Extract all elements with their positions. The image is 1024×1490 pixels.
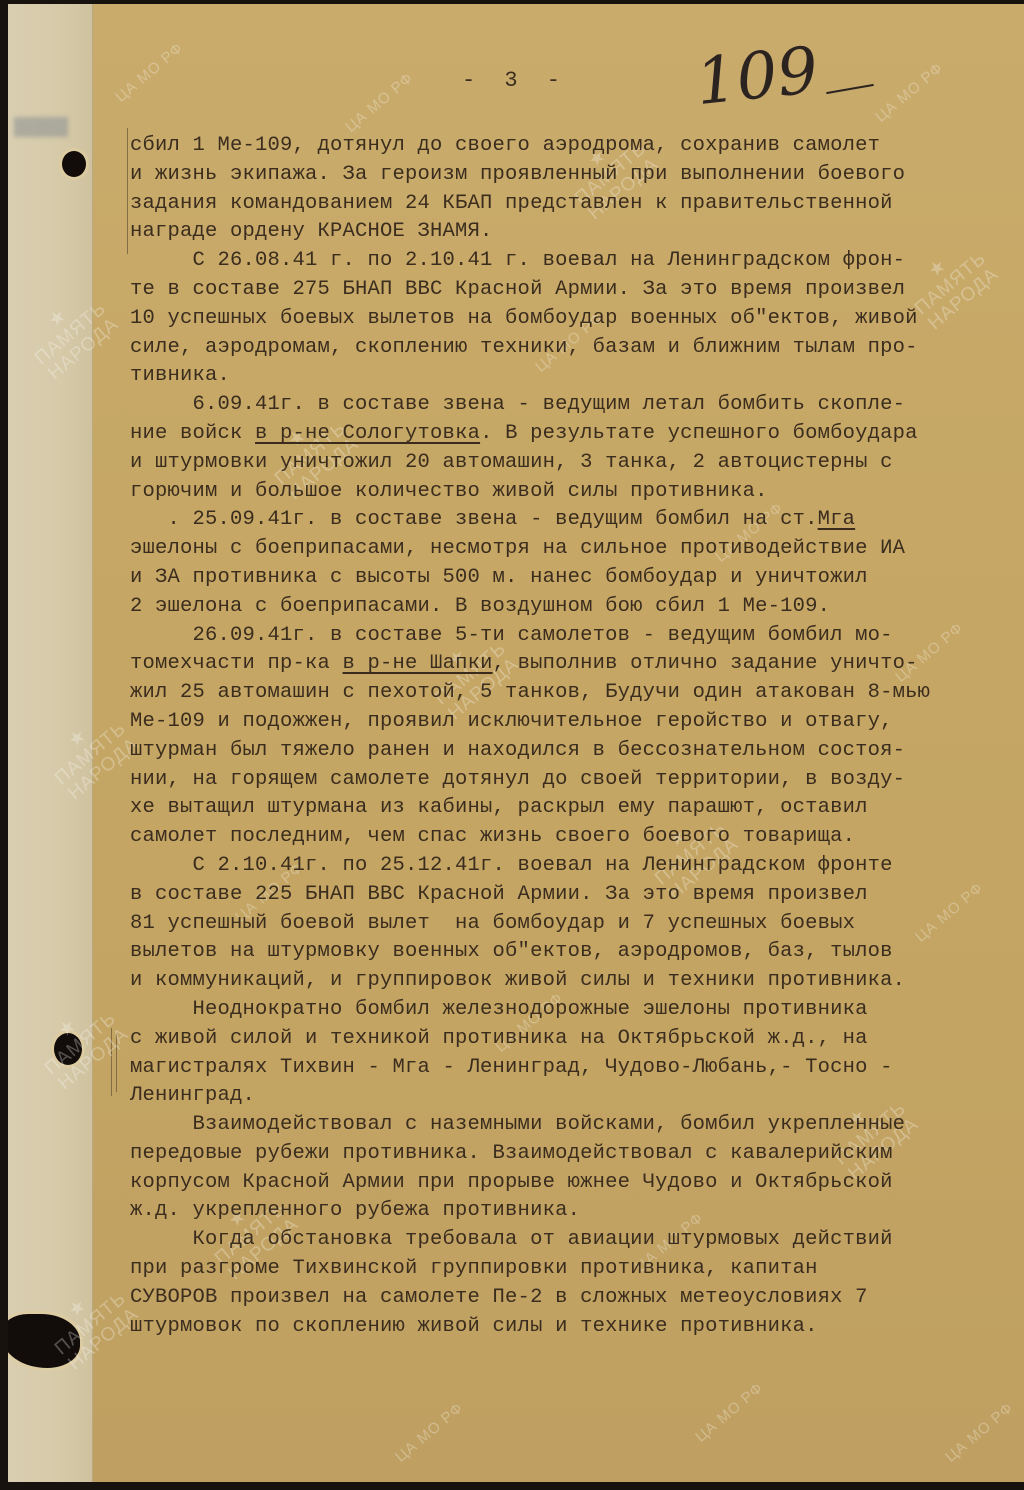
typewritten-body: сбил 1 Ме-109, дотянул до своего аэродро… <box>130 132 1010 1341</box>
text-line: с живой силой и техникой противника на О… <box>130 1025 1010 1054</box>
document-page: ЦА МО РФЦА МО РФ★ПАМЯТЬНАРОДАЦА МО РФ★ПА… <box>8 4 1024 1482</box>
text-line: Когда обстановка требовала от авиации шт… <box>130 1226 1010 1255</box>
text-line: и штурмовки уничтожил 20 автомашин, 3 та… <box>130 449 1010 478</box>
text-line: хе вытащил штурмана из кабины, раскрыл е… <box>130 794 1010 823</box>
text-line: силе, аэродромам, скоплению техники, баз… <box>130 334 1010 363</box>
text-line: 6.09.41г. в составе звена - ведущим лета… <box>130 391 1010 420</box>
paragraph-p3: 6.09.41г. в составе звена - ведущим лета… <box>130 391 1010 506</box>
text-line: Взаимодействовал с наземными войсками, б… <box>130 1111 1010 1140</box>
text-line: корпусом Красной Армии при прорыве южнее… <box>130 1169 1010 1198</box>
text-line: тивника. <box>130 362 1010 391</box>
watermark-text: ЦА МО РФ <box>342 69 416 135</box>
watermark-text: ЦА МО РФ <box>872 59 946 125</box>
text-line: при разгроме Тихвинской группировки прот… <box>130 1255 1010 1284</box>
pencil-margin-mark <box>116 1034 117 1092</box>
text-line: задания командованием 24 КБАП представле… <box>130 190 1010 219</box>
text-line: СУВОРОВ произвел на самолете Пе-2 в слож… <box>130 1284 1010 1313</box>
text-line: и жизнь экипажа. За героизм проявленный … <box>130 161 1010 190</box>
paragraph-p9: Когда обстановка требовала от авиации шт… <box>130 1226 1010 1341</box>
text-line: С 26.08.41 г. по 2.10.41 г. воевал на Ле… <box>130 247 1010 276</box>
text-line: сбил 1 Ме-109, дотянул до своего аэродро… <box>130 132 1010 161</box>
text-line: те в составе 275 БНАП ВВС Красной Армии.… <box>130 276 1010 305</box>
paragraph-p5: 26.09.41г. в составе 5-ти самолетов - ве… <box>130 622 1010 852</box>
binding-margin-strip <box>8 4 93 1482</box>
text-line: магистралях Тихвин - Мга - Ленинград, Чу… <box>130 1054 1010 1083</box>
text-line: 10 успешных боевых вылетов на бомбоудар … <box>130 305 1010 334</box>
text-line: жил 25 автомашин с пехотой, 5 танков, Бу… <box>130 679 1010 708</box>
pencil-margin-mark <box>127 128 128 254</box>
text-line: 81 успешный боевой вылет на бомбоудар и … <box>130 910 1010 939</box>
text-line: и ЗА противника с высоты 500 м. нанес бо… <box>130 564 1010 593</box>
text-line: . 25.09.41г. в составе звена - ведущим б… <box>130 506 1010 535</box>
watermark-text: ЦА МО РФ <box>942 1399 1016 1465</box>
text-line: эшелоны с боеприпасами, несмотря на силь… <box>130 535 1010 564</box>
paragraph-p6: С 2.10.41г. по 25.12.41г. воевал на Лени… <box>130 852 1010 996</box>
text-line: Ме-109 и подожжен, проявил исключительно… <box>130 708 1010 737</box>
punch-hole-icon <box>54 1033 82 1065</box>
pencil-margin-mark <box>111 1028 112 1096</box>
watermark-text: ЦА МО РФ <box>112 39 186 105</box>
text-line: нии, на горящем самолете дотянул до свое… <box>130 766 1010 795</box>
text-line: 26.09.41г. в составе 5-ти самолетов - ве… <box>130 622 1010 651</box>
handwritten-folio-number: 109 <box>692 34 821 120</box>
text-line: горючим и большое количество живой силы … <box>130 478 1010 507</box>
text-line: штурман был тяжело ранен и находился в б… <box>130 737 1010 766</box>
paragraph-p7: Неоднократно бомбил железнодорожные эшел… <box>130 996 1010 1111</box>
watermark-text: ЦА МО РФ <box>692 1379 766 1445</box>
punch-hole-icon <box>62 151 86 177</box>
text-line: награде ордену КРАСНОЕ ЗНАМЯ. <box>130 218 1010 247</box>
text-line: Ленинград. <box>130 1082 1010 1111</box>
text-line: вылетов на штурмовку военных об"ектов, а… <box>130 938 1010 967</box>
text-line: в составе 225 БНАП ВВС Красной Армии. За… <box>130 881 1010 910</box>
text-line: 2 эшелона с боеприпасами. В воздушном бо… <box>130 593 1010 622</box>
text-line: и коммуникаций, и группировок живой силы… <box>130 967 1010 996</box>
paragraph-p1: сбил 1 Ме-109, дотянул до своего аэродро… <box>130 132 1010 247</box>
text-line: передовые рубежи противника. Взаимодейст… <box>130 1140 1010 1169</box>
text-line: С 2.10.41г. по 25.12.41г. воевал на Лени… <box>130 852 1010 881</box>
text-line: томехчасти пр-ка в р-не Шапки, выполнив … <box>130 650 1010 679</box>
torn-hole-icon <box>8 1314 80 1368</box>
paragraph-p4: . 25.09.41г. в составе звена - ведущим б… <box>130 506 1010 621</box>
text-line: ж.д. укрепленного рубежа противника. <box>130 1197 1010 1226</box>
page-number: - 3 - <box>462 68 568 93</box>
paragraph-p2: С 26.08.41 г. по 2.10.41 г. воевал на Ле… <box>130 247 1010 391</box>
text-line: ние войск в р-не Сологутовка. В результа… <box>130 420 1010 449</box>
text-line: самолет последним, чем спас жизнь своего… <box>130 823 1010 852</box>
folio-dash <box>826 84 874 94</box>
text-line: Неоднократно бомбил железнодорожные эшел… <box>130 996 1010 1025</box>
watermark-text: ЦА МО РФ <box>392 1399 466 1465</box>
paragraph-p8: Взаимодействовал с наземными войсками, б… <box>130 1111 1010 1226</box>
text-line: штурмовок по скоплению живой силы и техн… <box>130 1313 1010 1342</box>
margin-smudge <box>14 117 68 137</box>
